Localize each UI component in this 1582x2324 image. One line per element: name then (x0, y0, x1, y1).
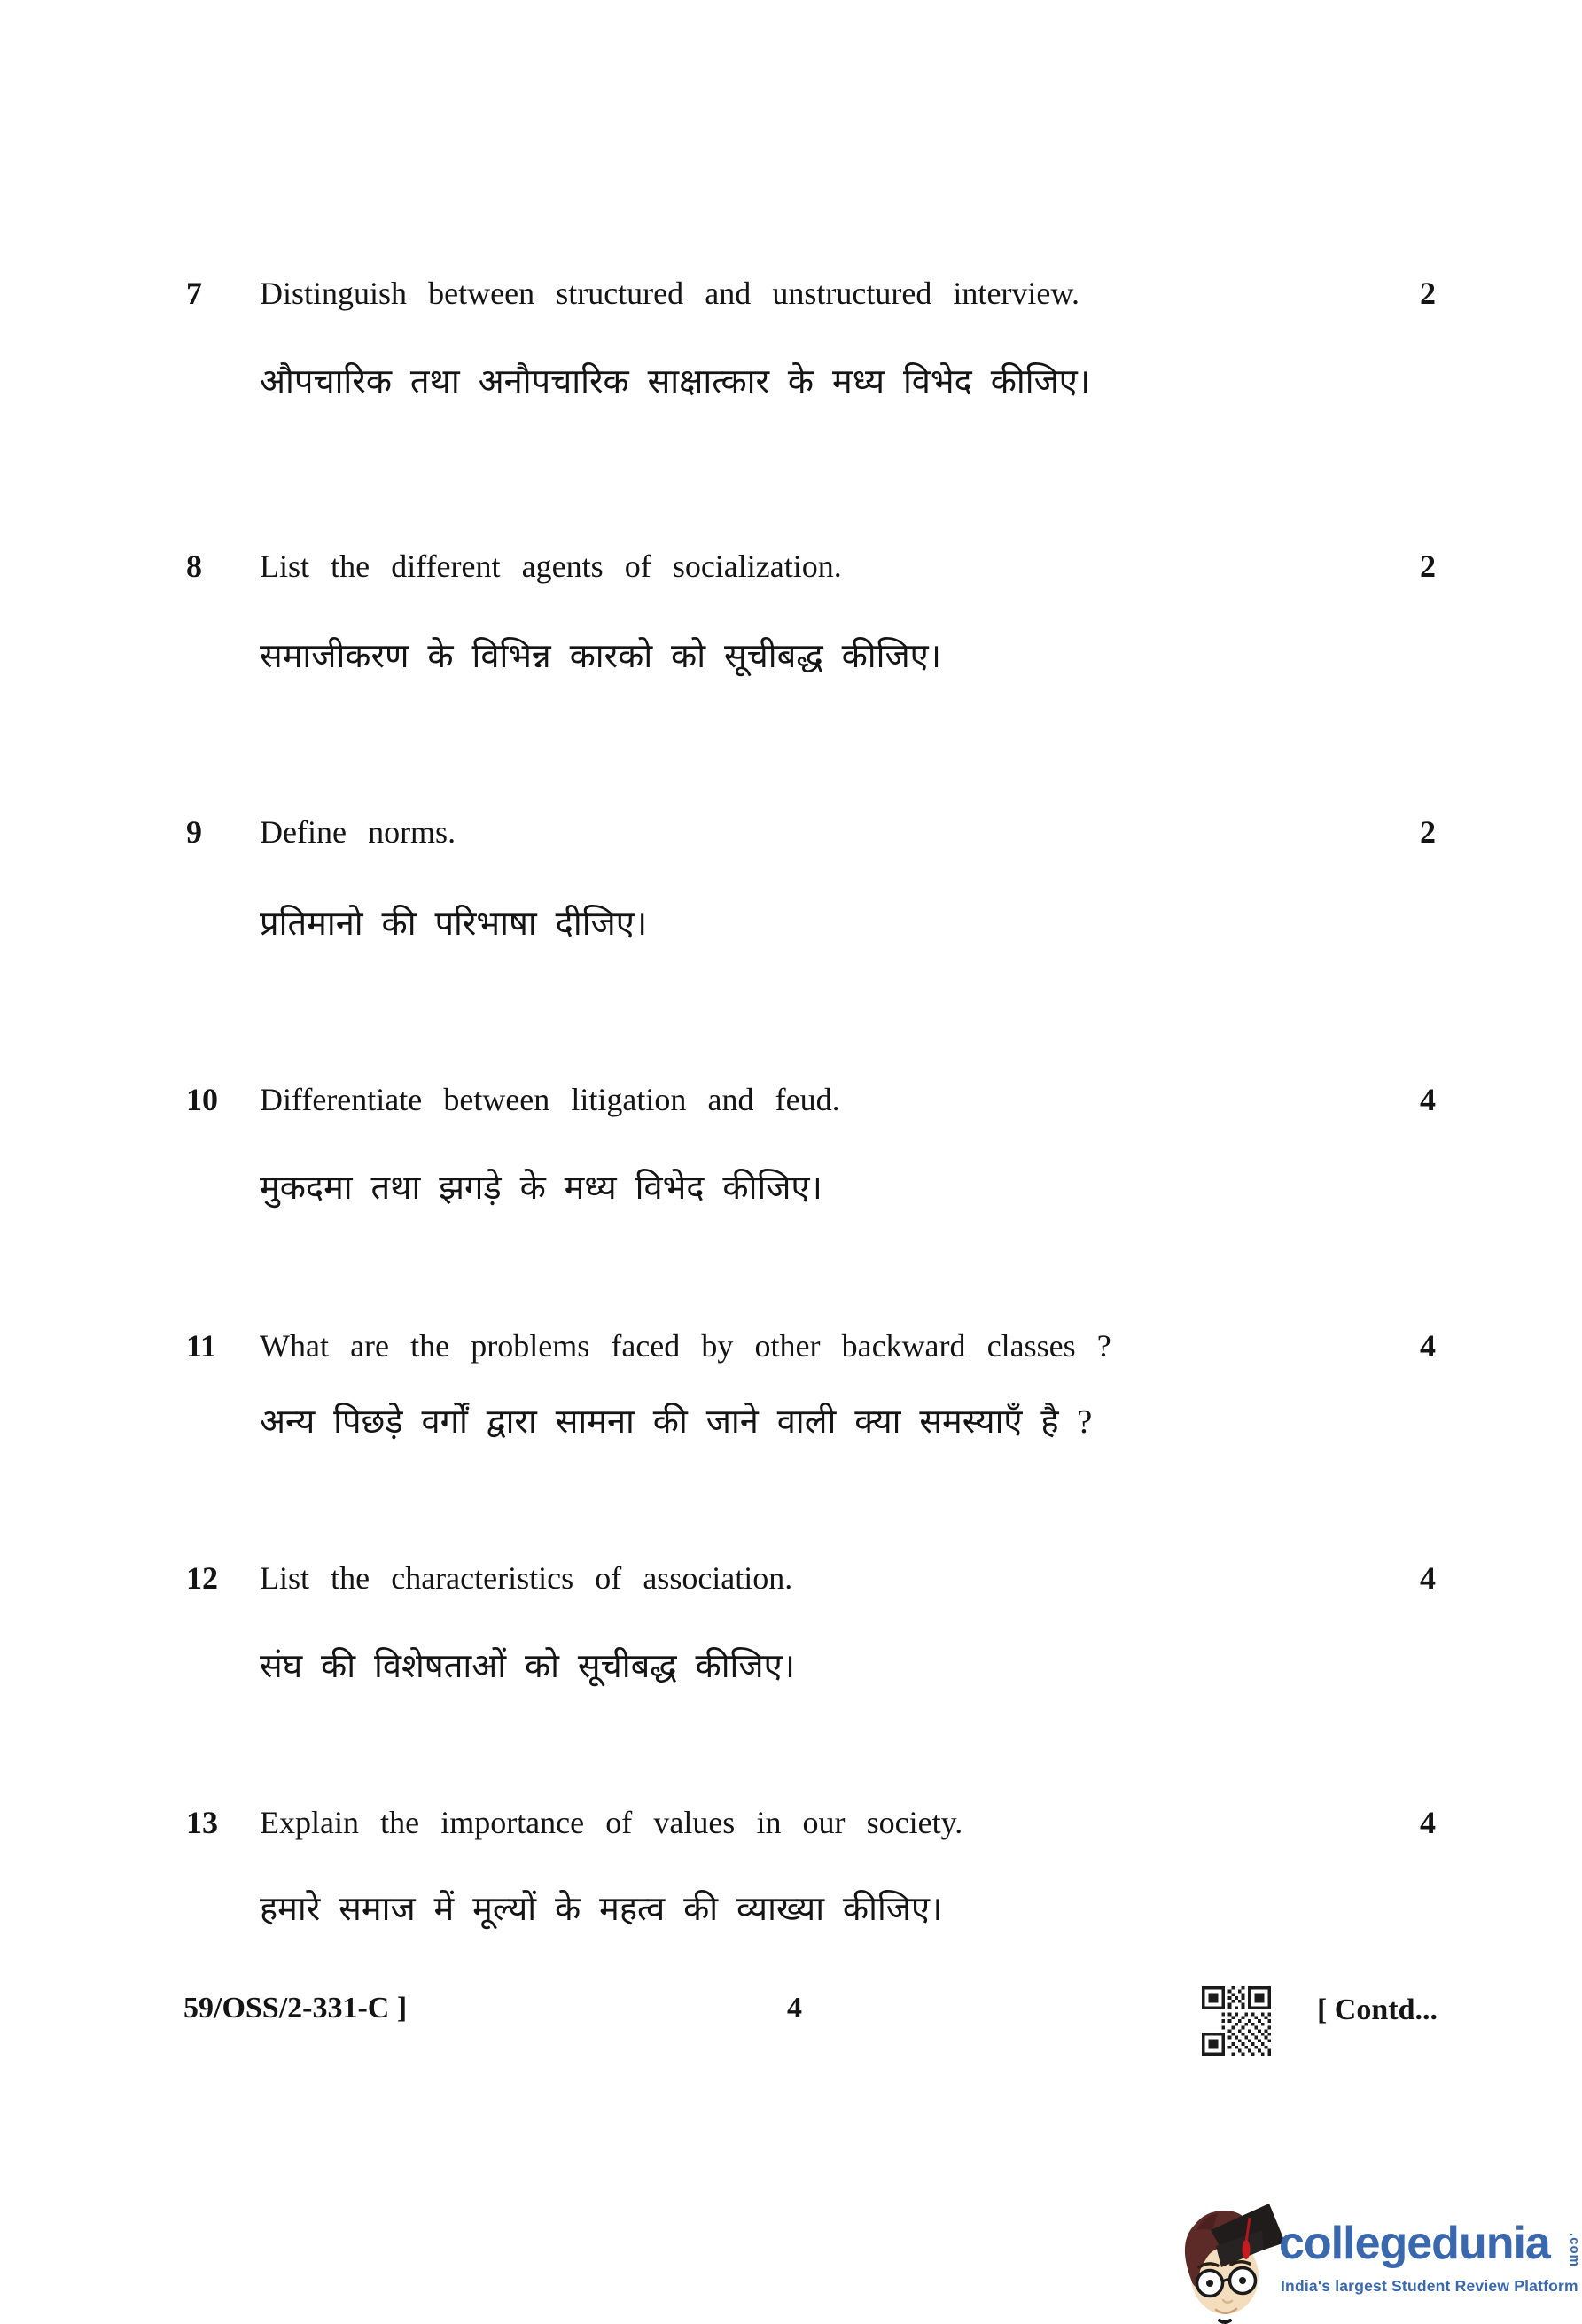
question-marks: 4 (1420, 1561, 1436, 1597)
question-number: 7 (186, 276, 202, 312)
question-text-en: List the different agents of socializati… (260, 549, 842, 585)
question-text-hi: समाजीकरण के विभिन्न कारको को सूचीबद्ध की… (260, 638, 941, 677)
question-marks: 4 (1420, 1083, 1436, 1118)
question-text-hi: हमारे समाज में मूल्यों के महत्व की व्याख… (260, 1891, 942, 1930)
question-marks: 4 (1420, 1329, 1436, 1364)
question-marks: 4 (1420, 1806, 1436, 1841)
question-text-hi: संघ की विशेषताओं को सूचीबद्ध कीजिए। (260, 1648, 795, 1687)
question-text-en: Define norms. (260, 815, 456, 851)
qr-code-icon (1202, 1986, 1271, 2056)
question-text-hi: अन्य पिछड़े वर्गों द्वारा सामना की जाने … (260, 1403, 1092, 1442)
exam-paper-page: 7 Distinguish between structured and uns… (0, 0, 1582, 2324)
question-text-hi: औपचारिक तथा अनौपचारिक साक्षात्कार के मध्… (260, 363, 1090, 402)
question-marks: 2 (1420, 276, 1436, 312)
question-number: 13 (186, 1806, 218, 1841)
question-text-en: Distinguish between structured and unstr… (260, 276, 1079, 312)
collegedunia-mascot-icon (1170, 2190, 1285, 2324)
question-text-en: Explain the importance of values in our … (260, 1806, 962, 1841)
collegedunia-tagline: India's largest Student Review Platform (1281, 2277, 1578, 2296)
collegedunia-dotcom-label: .com (1567, 2233, 1582, 2267)
question-text-hi: प्रतिमानो की परिभाषा दीजिए। (260, 906, 647, 944)
question-marks: 2 (1420, 549, 1436, 585)
question-number: 11 (186, 1329, 216, 1364)
question-text-hi: मुकदमा तथा झगड़े के मध्य विभेद कीजिए। (260, 1170, 822, 1209)
collegedunia-wordmark: collegedunia (1279, 2219, 1550, 2269)
page-number: 4 (787, 1992, 802, 2025)
question-text-en: What are the problems faced by other bac… (260, 1329, 1111, 1364)
paper-code: 59/OSS/2-331-C ] (183, 1992, 407, 2025)
question-number: 8 (186, 549, 202, 585)
question-number: 9 (186, 815, 202, 851)
question-marks: 2 (1420, 815, 1436, 851)
question-number: 12 (186, 1561, 218, 1597)
question-text-en: Differentiate between litigation and feu… (260, 1083, 840, 1118)
collegedunia-logo: collegedunia .com India's largest Studen… (1157, 2187, 1582, 2324)
question-text-en: List the characteristics of association. (260, 1561, 792, 1597)
question-number: 10 (186, 1083, 218, 1118)
contd-label: [ Contd... (1317, 1994, 1438, 2027)
